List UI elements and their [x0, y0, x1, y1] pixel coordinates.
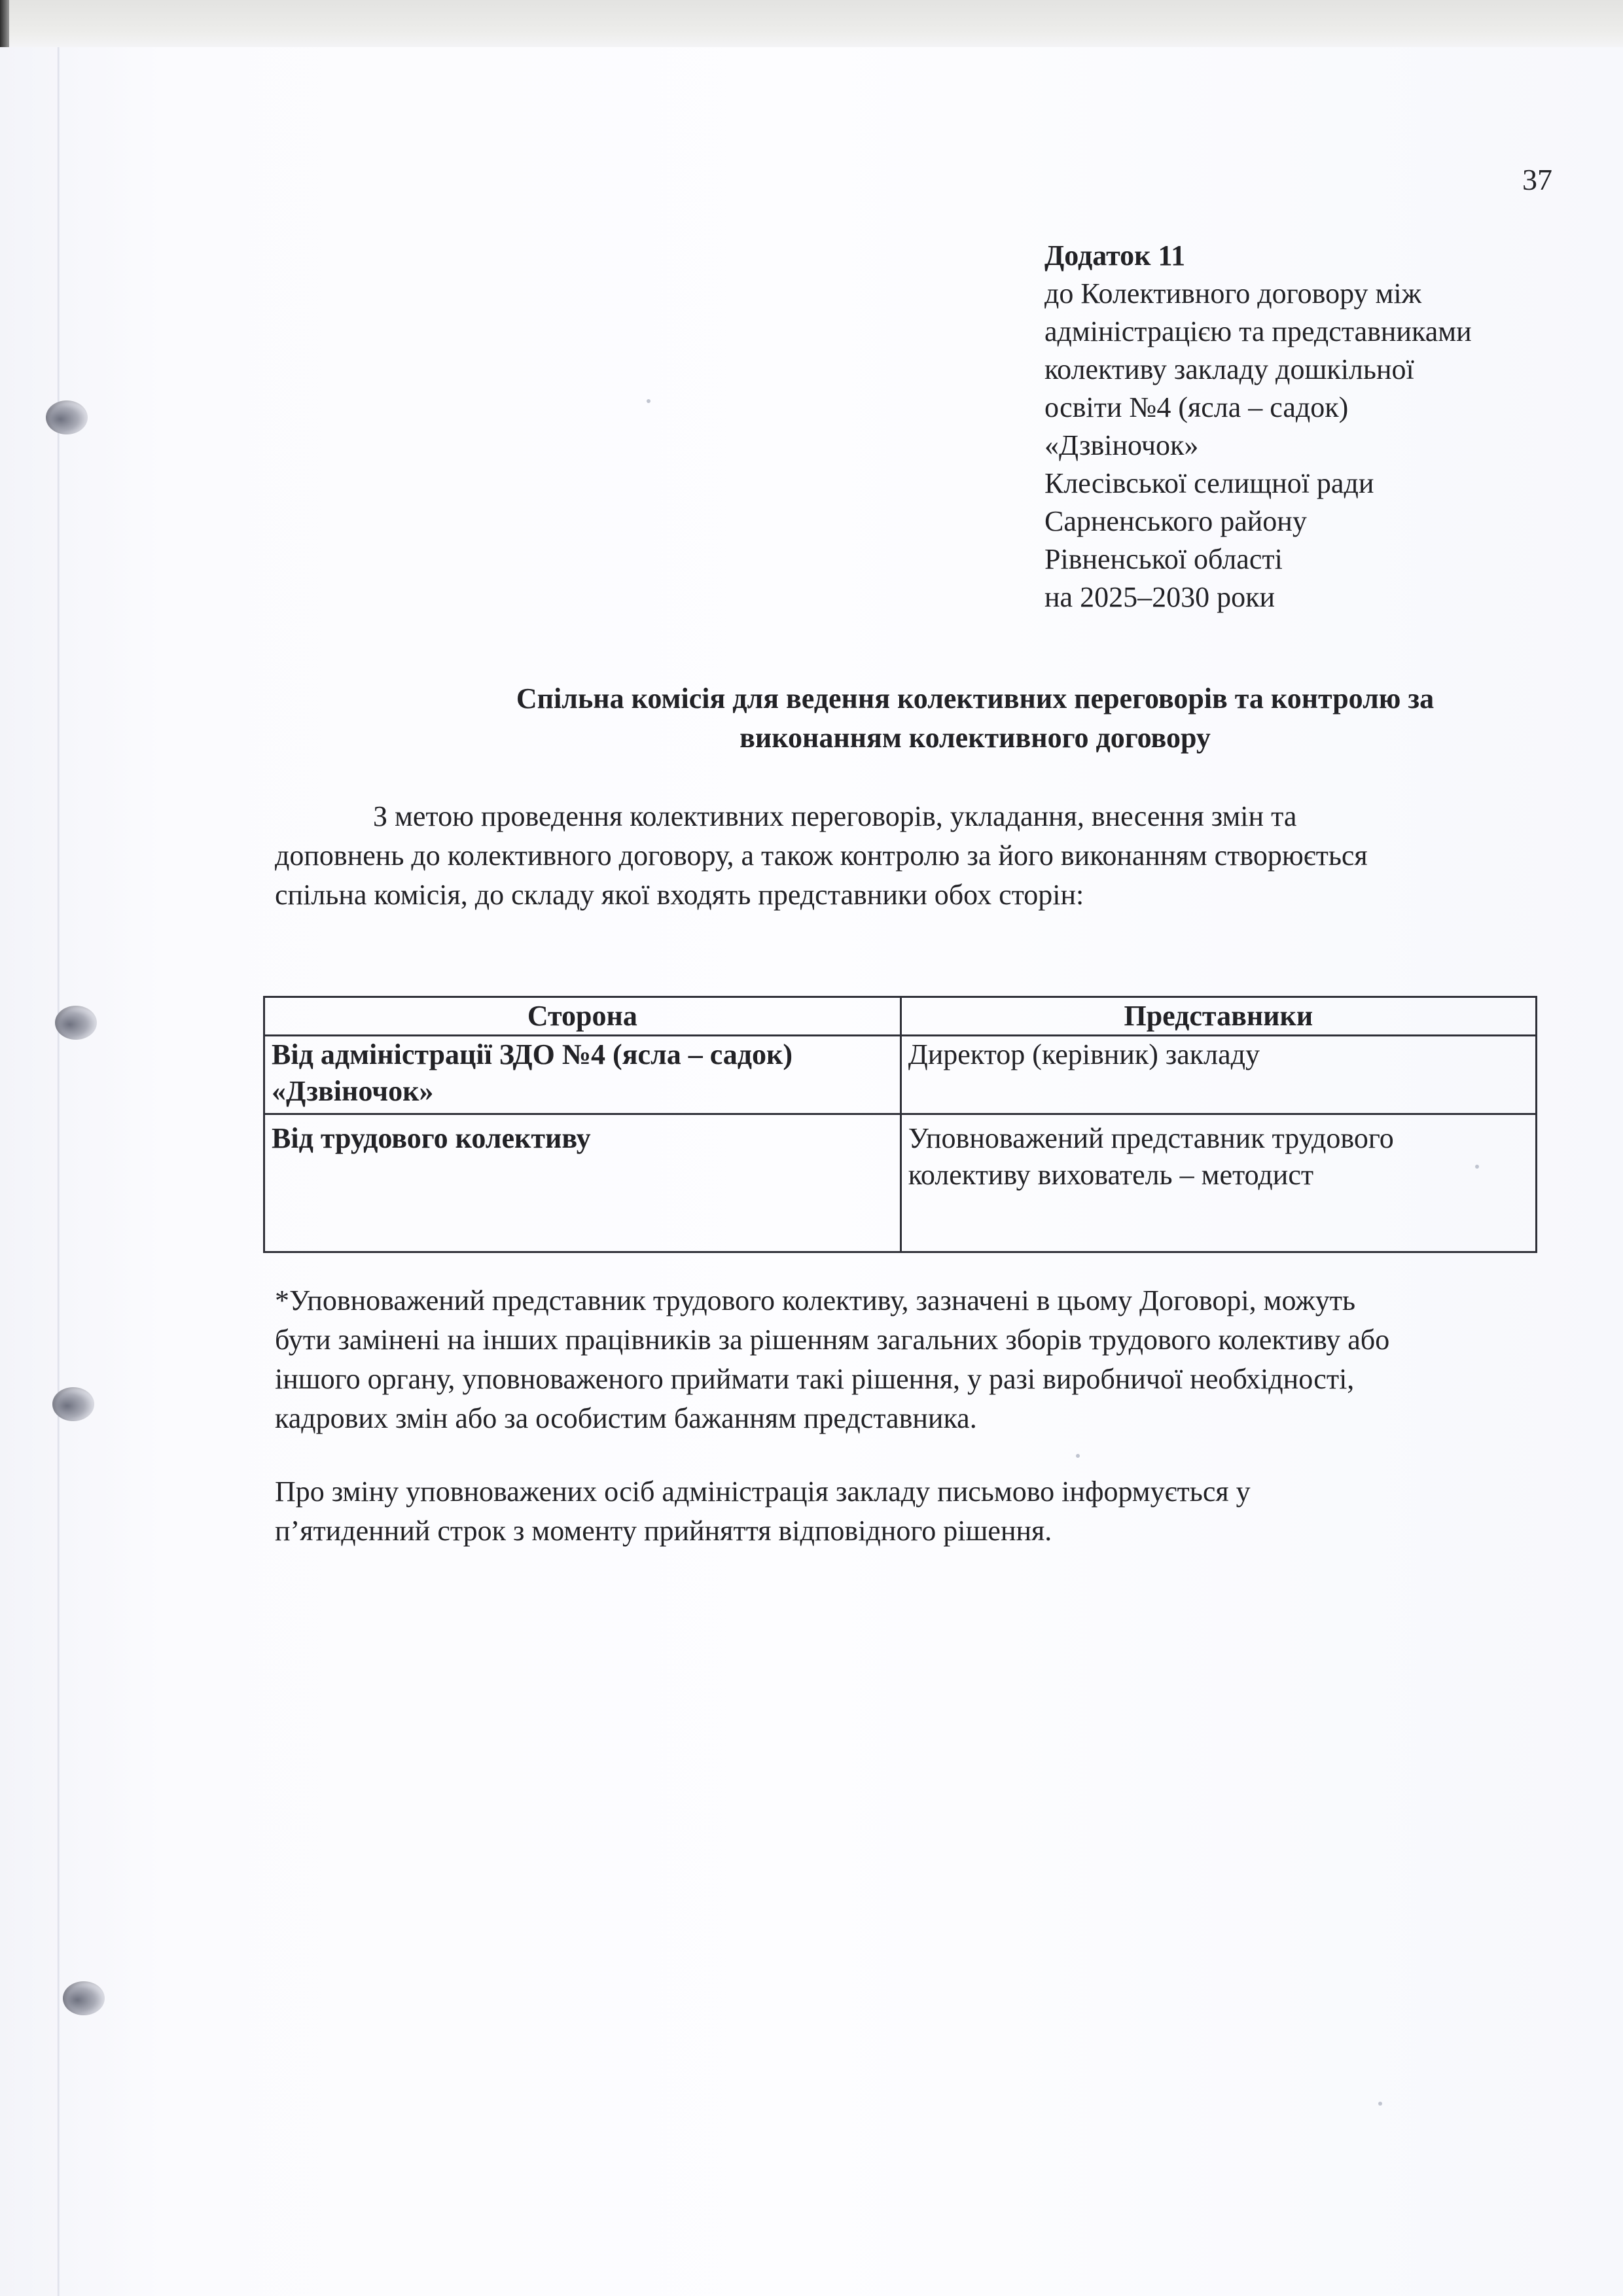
footnote-line: кадрових змін або за особистим бажанням …: [275, 1399, 1558, 1438]
side-cell: Від трудового колективу: [264, 1114, 901, 1252]
table-row: Від трудового колективу Уповноважений пр…: [264, 1114, 1537, 1252]
representatives-table: Сторона Представники Від адміністрації З…: [263, 996, 1537, 1253]
punch-hole-icon: [63, 1981, 105, 2015]
intro-paragraph: З метою проведення колективних переговор…: [275, 797, 1558, 915]
paragraph-line: спільна комісія, до складу якої входять …: [275, 875, 1558, 915]
cell-line: Від адміністрації ЗДО №4 (ясла – садок): [272, 1036, 893, 1073]
appendix-header: Додаток 11 до Колективного договору між …: [1044, 237, 1581, 616]
punch-hole-icon: [55, 1006, 97, 1040]
page-fold-line: [58, 47, 60, 2296]
cell-line: Уповноважений представник трудового: [908, 1120, 1529, 1157]
cell-line: «Дзвіночок»: [272, 1073, 893, 1110]
footnote-line: *Уповноважений представник трудового кол…: [275, 1281, 1558, 1320]
scanner-top-edge: [0, 0, 1623, 47]
scan-speck: [647, 399, 651, 403]
appendix-line: Клесівської селищної ради: [1044, 465, 1581, 503]
punch-hole-icon: [46, 400, 88, 434]
notice-line: Про зміну уповноважених осіб адміністрац…: [275, 1472, 1453, 1511]
footnote-line: іншого органу, уповноваженого приймати т…: [275, 1360, 1558, 1399]
scanner-corner-shadow: [0, 0, 9, 47]
scan-speck: [1378, 2102, 1382, 2106]
paragraph-line: З метою проведення колективних переговор…: [275, 797, 1558, 836]
representatives-cell: Уповноважений представник трудового коле…: [901, 1114, 1536, 1252]
document-title: Спільна комісія для ведення колективних …: [419, 679, 1531, 758]
appendix-line: до Колективного договору між: [1044, 275, 1581, 313]
notice-line: п’ятиденний строк з моменту прийняття ві…: [275, 1511, 1453, 1551]
appendix-line: Рівненської області: [1044, 540, 1581, 578]
appendix-line: колективу закладу дошкільної: [1044, 351, 1581, 389]
cell-line: колективу вихователь – методист: [908, 1157, 1529, 1193]
document-title-line: виконанням колективного договору: [419, 718, 1531, 758]
footnote: *Уповноважений представник трудового кол…: [275, 1281, 1558, 1438]
cell-line: Директор (керівник) закладу: [908, 1036, 1529, 1073]
scan-speck: [1076, 1454, 1080, 1458]
appendix-line: адміністрацією та представниками: [1044, 313, 1581, 351]
punch-hole-icon: [52, 1387, 94, 1421]
table-header-row: Сторона Представники: [264, 997, 1537, 1036]
appendix-line: «Дзвіночок»: [1044, 427, 1581, 465]
appendix-line: освіти №4 (ясла – садок): [1044, 389, 1581, 427]
cell-line: Від трудового колективу: [272, 1120, 893, 1157]
column-header-representatives: Представники: [901, 997, 1536, 1036]
notice-paragraph: Про зміну уповноважених осіб адміністрац…: [275, 1472, 1453, 1551]
table-row: Від адміністрації ЗДО №4 (ясла – садок) …: [264, 1036, 1537, 1114]
footnote-line: бути замінені на інших працівників за рі…: [275, 1320, 1558, 1360]
representatives-cell: Директор (керівник) закладу: [901, 1036, 1536, 1114]
page-number: 37: [1522, 165, 1552, 195]
column-header-side: Сторона: [264, 997, 901, 1036]
appendix-line: Сарненського району: [1044, 503, 1581, 540]
appendix-title: Додаток 11: [1044, 237, 1581, 275]
side-cell: Від адміністрації ЗДО №4 (ясла – садок) …: [264, 1036, 901, 1114]
appendix-line: на 2025–2030 роки: [1044, 578, 1581, 616]
paragraph-line: доповнень до колективного договору, а та…: [275, 836, 1558, 875]
document-title-line: Спільна комісія для ведення колективних …: [419, 679, 1531, 718]
